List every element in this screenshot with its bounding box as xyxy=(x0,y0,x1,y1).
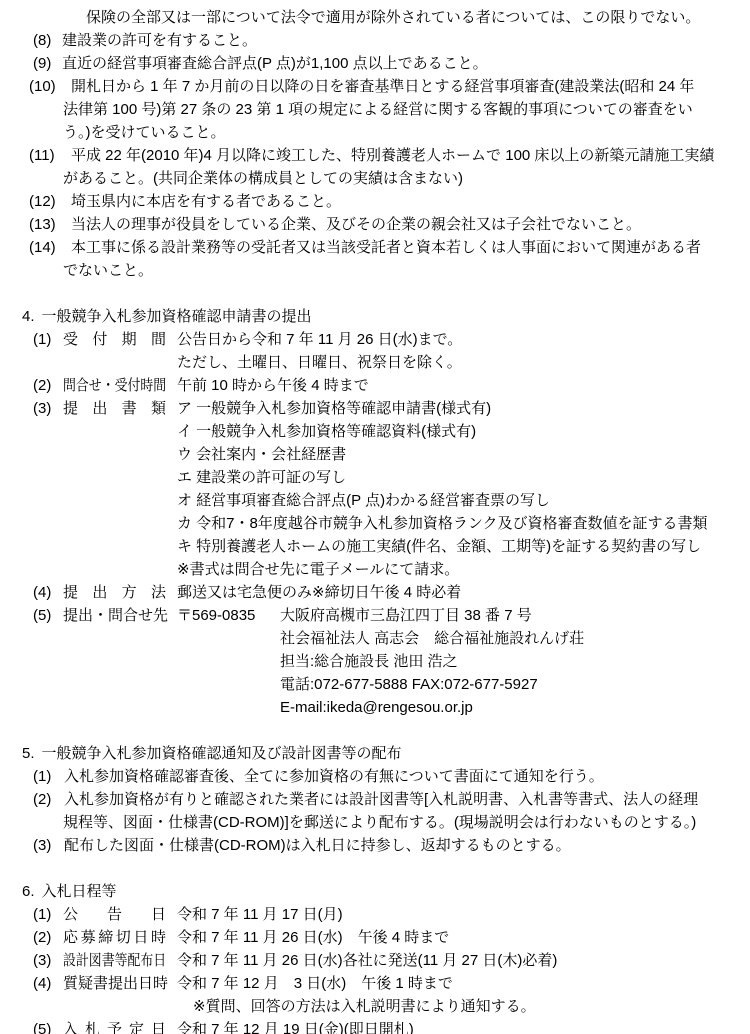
note-line: ※質問、回答の方法は入札説明書により通知する。 xyxy=(0,995,750,1018)
item-value: 令和 7 年 11 月 17 日(月) xyxy=(177,906,343,923)
item-value: カ 令和7・8年度越谷市競争入札参加資格ランク及び資格審査数値を証する書類 xyxy=(177,515,708,532)
section-4-heading: 4.一般競争入札参加資格確認申請書の提出 xyxy=(0,305,750,328)
value-continuation-line: ※書式は問合せ先に電子メールにて請求。 xyxy=(0,558,750,581)
item-number: (1) xyxy=(33,765,51,788)
item-value: オ 経営事項審査総合評点(P 点)わかる経営審査票の写し xyxy=(177,492,550,509)
condition-text: 開札日から 1 年 7 か月前の日以降の日を審査基準日とする経営事項審査(建設業… xyxy=(71,78,694,95)
condition-line: でないこと。 xyxy=(0,259,750,282)
item-number: (10) xyxy=(29,75,56,98)
condition-text: 建設業の許可を有すること。 xyxy=(62,32,257,49)
item-value: 令和 7 年 11 月 26 日(水)各社に発送(11 月 27 日(木)必着) xyxy=(177,952,557,969)
qualification-conditions-list: (8)建設業の許可を有すること。(9)直近の経営事項審査総合評点(P 点)が1,… xyxy=(0,29,750,282)
labeled-item-row: (3)設計図書等配布日令和 7 年 11 月 26 日(水)各社に発送(11 月… xyxy=(0,949,750,972)
item-number: (3) xyxy=(33,949,51,972)
condition-line: (8)建設業の許可を有すること。 xyxy=(0,29,750,52)
section-4-items: (1)受付期間公告日から令和 7 年 11 月 26 日(水)まで。ただし、土曜… xyxy=(0,328,750,719)
notice-item-line: 規程等、図面・仕様書(CD-ROM)]を郵送により配布する。(現場説明会は行わな… xyxy=(0,811,750,834)
item-label: 公告日 xyxy=(63,903,166,926)
item-number: (8) xyxy=(33,29,51,52)
item-value: ア 一般競争入札参加資格等確認申請書(様式有) xyxy=(177,400,491,417)
item-number: (5) xyxy=(33,604,51,627)
condition-line: (14)本工事に係る設計業務等の受託者又は当該受託者と資本若しくは人事面において… xyxy=(0,236,750,259)
item-number: (3) xyxy=(33,397,51,420)
section-4-number: 4. xyxy=(22,308,35,325)
item-value: ウ 会社案内・会社経歴書 xyxy=(177,446,346,463)
item-number: (13) xyxy=(29,213,56,236)
condition-text: 直近の経営事項審査総合評点(P 点)が1,100 点以上であること。 xyxy=(62,55,488,72)
item-value: 公告日から令和 7 年 11 月 26 日(水)まで。 xyxy=(177,331,462,348)
item-value: 社会福祉法人 高志会 総合福祉施設れんげ荘 xyxy=(280,630,584,647)
value-continuation-line: オ 経営事項審査総合評点(P 点)わかる経営審査票の写し xyxy=(0,489,750,512)
notice-text: 入札参加資格確認審査後、全てに参加資格の有無について書面にて通知を行う。 xyxy=(64,768,604,785)
section-5-heading: 5.一般競争入札参加資格確認通知及び設計図書等の配布 xyxy=(0,742,750,765)
item-label: 質疑書提出日時 xyxy=(63,972,166,995)
condition-text: でないこと。 xyxy=(63,262,153,279)
item-label: 入札予定日 xyxy=(63,1018,166,1034)
section-5-title: 一般競争入札参加資格確認通知及び設計図書等の配布 xyxy=(42,745,402,762)
item-number: (2) xyxy=(33,788,51,811)
carryover-text: 保険の全部又は一部について法令で適用が除外されている者については、この限りでない… xyxy=(0,6,750,29)
item-value: E-mail:ikeda@rengesou.or.jp xyxy=(280,699,473,716)
condition-text: 当法人の理事が役員をしている企業、及びその企業の親会社又は子会社でないこと。 xyxy=(71,216,641,233)
labeled-item-row: (2)応募締切日時令和 7 年 11 月 26 日(水) 午後 4 時まで xyxy=(0,926,750,949)
section-5-number: 5. xyxy=(22,745,35,762)
section-6-heading: 6.入札日程等 xyxy=(0,880,750,903)
section-4-title: 一般競争入札参加資格確認申請書の提出 xyxy=(42,308,312,325)
notice-text: 入札参加資格が有りと確認された業者には設計図書等[入札説明書、入札書等書式、法人… xyxy=(64,791,698,808)
item-value: 電話:072-677-5888 FAX:072-677-5927 xyxy=(280,676,538,693)
item-value: 担当:総合施設長 池田 浩之 xyxy=(280,653,458,670)
item-value: ただし、土曜日、日曜日、祝祭日を除く。 xyxy=(177,354,462,371)
item-label: 設計図書等配布日 xyxy=(63,949,166,972)
item-number: (3) xyxy=(33,834,51,857)
tender-notice-page: 保険の全部又は一部について法令で適用が除外されている者については、この限りでない… xyxy=(0,0,750,1034)
labeled-item-row: (5)提出・問合せ先〒569-0835大阪府高槻市三島江四丁目 38 番 7 号 xyxy=(0,604,750,627)
value-continuation-line: キ 特別養護老人ホームの施工実績(件名、金額、工期等)を証する契約書の写し xyxy=(0,535,750,558)
item-number: (11) xyxy=(29,144,55,167)
notice-text: 配布した図面・仕様書(CD-ROM)は入札日に持参し、返却するものとする。 xyxy=(64,837,571,854)
value-continuation-line: イ 一般競争入札参加資格等確認資料(様式有) xyxy=(0,420,750,443)
item-value: 午前 10 時から午後 4 時まで xyxy=(177,377,369,394)
condition-text: 法律第 100 号)第 27 条の 23 第 1 項の規定による経営に関する客観… xyxy=(63,101,693,118)
value-continuation-line: E-mail:ikeda@rengesou.or.jp xyxy=(0,696,750,719)
item-label: 受付期間 xyxy=(63,328,166,351)
item-value: ※書式は問合せ先に電子メールにて請求。 xyxy=(177,561,459,578)
item-value: 令和 7 年 11 月 26 日(水) 午後 4 時まで xyxy=(177,929,449,946)
item-number: (9) xyxy=(33,52,51,75)
condition-line: (10)開札日から 1 年 7 か月前の日以降の日を審査基準日とする経営事項審査… xyxy=(0,75,750,98)
value-continuation-line: ただし、土曜日、日曜日、祝祭日を除く。 xyxy=(0,351,750,374)
section-6-title: 入札日程等 xyxy=(42,883,117,900)
labeled-item-row: (2)問合せ・受付時間午前 10 時から午後 4 時まで xyxy=(0,374,750,397)
notice-item-line: (2)入札参加資格が有りと確認された業者には設計図書等[入札説明書、入札書等書式… xyxy=(0,788,750,811)
note-text: ※質問、回答の方法は入札説明書により通知する。 xyxy=(193,998,536,1015)
condition-line: (13)当法人の理事が役員をしている企業、及びその企業の親会社又は子会社でないこ… xyxy=(0,213,750,236)
labeled-item-row: (1)公告日令和 7 年 11 月 17 日(月) xyxy=(0,903,750,926)
notice-item-line: (1)入札参加資格確認審査後、全てに参加資格の有無について書面にて通知を行う。 xyxy=(0,765,750,788)
condition-text: う。)を受けていること。 xyxy=(63,124,226,141)
item-label: 提出書類 xyxy=(63,397,166,420)
value-continuation-line: カ 令和7・8年度越谷市競争入札参加資格ランク及び資格審査数値を証する書類 xyxy=(0,512,750,535)
item-value: エ 建設業の許可証の写し xyxy=(177,469,346,486)
condition-line: (12)埼玉県内に本店を有する者であること。 xyxy=(0,190,750,213)
labeled-item-row: (5)入札予定日令和 7 年 12 月 19 日(金)(即日開札) xyxy=(0,1018,750,1034)
item-value: 大阪府高槻市三島江四丁目 38 番 7 号 xyxy=(280,607,532,624)
item-number: (4) xyxy=(33,972,51,995)
value-continuation-line: ウ 会社案内・会社経歴書 xyxy=(0,443,750,466)
section-5-items: (1)入札参加資格確認審査後、全てに参加資格の有無について書面にて通知を行う。(… xyxy=(0,765,750,857)
postal-code: 〒569-0835 xyxy=(177,604,280,627)
condition-line: 法律第 100 号)第 27 条の 23 第 1 項の規定による経営に関する客観… xyxy=(0,98,750,121)
value-continuation-line: エ 建設業の許可証の写し xyxy=(0,466,750,489)
item-label: 問合せ・受付時間 xyxy=(63,374,166,397)
value-continuation-line: 電話:072-677-5888 FAX:072-677-5927 xyxy=(0,673,750,696)
item-label: 応募締切日時 xyxy=(63,926,166,949)
notice-item-line: (3)配布した図面・仕様書(CD-ROM)は入札日に持参し、返却するものとする。 xyxy=(0,834,750,857)
item-label: 提出・問合せ先 xyxy=(63,604,166,627)
item-number: (2) xyxy=(33,374,51,397)
item-number: (1) xyxy=(33,903,51,926)
item-number: (12) xyxy=(29,190,56,213)
condition-text: 平成 22 年(2010 年)4 月以降に竣工した、特別養護老人ホームで 100… xyxy=(71,147,714,164)
section-6-number: 6. xyxy=(22,883,35,900)
item-value: イ 一般競争入札参加資格等確認資料(様式有) xyxy=(177,423,476,440)
labeled-item-row: (3)提出書類ア 一般競争入札参加資格等確認申請書(様式有) xyxy=(0,397,750,420)
item-number: (1) xyxy=(33,328,51,351)
condition-text: があること。(共同企業体の構成員としての実績は含まない) xyxy=(63,170,463,187)
labeled-item-row: (1)受付期間公告日から令和 7 年 11 月 26 日(水)まで。 xyxy=(0,328,750,351)
section-6-items: (1)公告日令和 7 年 11 月 17 日(月)(2)応募締切日時令和 7 年… xyxy=(0,903,750,1034)
condition-line: う。)を受けていること。 xyxy=(0,121,750,144)
labeled-item-row: (4)提出方法郵送又は宅急便のみ※締切日午後 4 時必着 xyxy=(0,581,750,604)
item-number: (14) xyxy=(29,236,56,259)
value-continuation-line: 社会福祉法人 高志会 総合福祉施設れんげ荘 xyxy=(0,627,750,650)
item-label: 提出方法 xyxy=(63,581,166,604)
item-number: (5) xyxy=(33,1018,51,1034)
value-continuation-line: 担当:総合施設長 池田 浩之 xyxy=(0,650,750,673)
item-value: 令和 7 年 12 月 3 日(水) 午後 1 時まで xyxy=(177,975,453,992)
item-value: 郵送又は宅急便のみ※締切日午後 4 時必着 xyxy=(177,584,461,601)
condition-line: があること。(共同企業体の構成員としての実績は含まない) xyxy=(0,167,750,190)
item-number: (2) xyxy=(33,926,51,949)
item-value: キ 特別養護老人ホームの施工実績(件名、金額、工期等)を証する契約書の写し xyxy=(177,538,701,555)
item-number: (4) xyxy=(33,581,51,604)
condition-text: 本工事に係る設計業務等の受託者又は当該受託者と資本若しくは人事面において関連があ… xyxy=(71,239,701,256)
condition-text: 埼玉県内に本店を有する者であること。 xyxy=(71,193,341,210)
condition-line: (9)直近の経営事項審査総合評点(P 点)が1,100 点以上であること。 xyxy=(0,52,750,75)
labeled-item-row: (4)質疑書提出日時令和 7 年 12 月 3 日(水) 午後 1 時まで xyxy=(0,972,750,995)
notice-text: 規程等、図面・仕様書(CD-ROM)]を郵送により配布する。(現場説明会は行わな… xyxy=(63,814,696,831)
item-value: 令和 7 年 12 月 19 日(金)(即日開札) xyxy=(177,1021,414,1034)
condition-line: (11)平成 22 年(2010 年)4 月以降に竣工した、特別養護老人ホームで… xyxy=(0,144,750,167)
